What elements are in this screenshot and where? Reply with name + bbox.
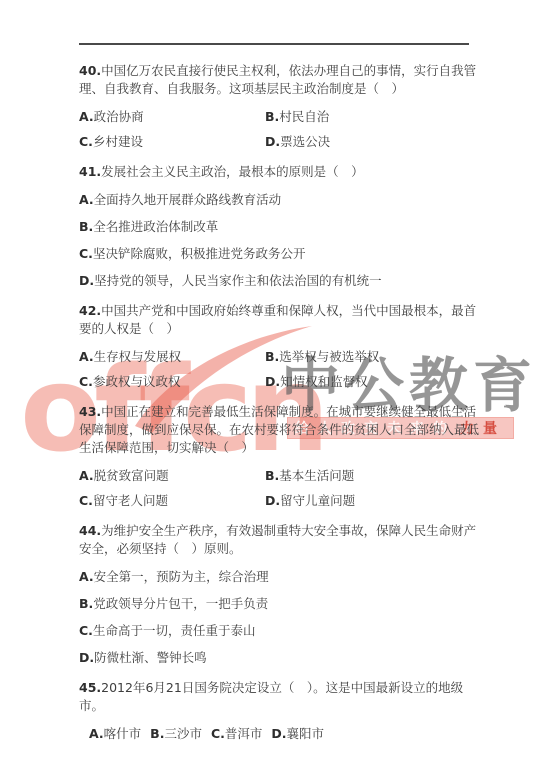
option-text: 党政领导分片包干，一把手负责 xyxy=(93,596,268,611)
question-stem: 40.中国亿万农民直接行使民主权利，依法办理自己的事情，实行自我管理、自我教育、… xyxy=(79,62,485,98)
option-b: B.选举权与被选举权 xyxy=(265,348,485,366)
option-label: B. xyxy=(265,109,279,124)
option-text: 知情权和监督权 xyxy=(280,374,368,389)
option-label: D. xyxy=(79,650,94,665)
question-stem: 41.发展社会主义民主政治，最根本的原则是（ ） xyxy=(79,163,485,181)
question-42: 42.中国共产党和中国政府始终尊重和保障人权，当代中国最根本，最首要的人权是（ … xyxy=(79,302,485,391)
option-label: B. xyxy=(265,349,279,364)
question-text: 中国亿万农民直接行使民主权利，依法办理自己的事情，实行自我管理、自我教育、自我服… xyxy=(79,63,476,96)
option-text: 全名推进政治体制改革 xyxy=(93,219,218,234)
question-text: 发展社会主义民主政治，最根本的原则是（ ） xyxy=(101,164,364,179)
question-text: 2012年6月21日国务院决定设立（ ）。这是中国最新设立的地级市。 xyxy=(79,680,463,713)
question-text: 中国共产党和中国政府始终尊重和保障人权，当代中国最根本，最首要的人权是（ ） xyxy=(79,303,476,336)
option-label: A. xyxy=(79,468,94,483)
option-label: C. xyxy=(79,623,93,638)
question-45: 45.2012年6月21日国务院决定设立（ ）。这是中国最新设立的地级市。 A.… xyxy=(79,679,485,743)
option-label: B. xyxy=(79,219,93,234)
option-text: 基本生活问题 xyxy=(279,468,354,483)
option-label: B. xyxy=(265,468,279,483)
options: A.喀什市 B.三沙市 C.普洱市 D.襄阳市 xyxy=(79,725,485,743)
question-stem: 45.2012年6月21日国务院决定设立（ ）。这是中国最新设立的地级市。 xyxy=(79,679,485,715)
option-b: B.全名推进政治体制改革 xyxy=(79,218,485,236)
question-number: 40. xyxy=(79,63,101,78)
question-stem: 42.中国共产党和中国政府始终尊重和保障人权，当代中国最根本，最首要的人权是（ … xyxy=(79,302,485,338)
question-44: 44.为维护安全生产秩序，有效遏制重特大安全事故，保障人民生命财产安全，必须坚持… xyxy=(79,522,485,667)
option-text: 襄阳市 xyxy=(287,726,325,741)
options: A.政治协商 B.村民自治 C.乡村建设 D.票选公决 xyxy=(79,108,485,151)
question-stem: 43.中国正在建立和完善最低生活保障制度。在城市要继续健全最低生活保障制度，做到… xyxy=(79,403,485,457)
question-number: 44. xyxy=(79,523,101,538)
option-text: 乡村建设 xyxy=(93,134,143,149)
question-number: 41. xyxy=(79,164,101,179)
option-d: D.票选公决 xyxy=(265,133,485,151)
question-text: 为维护安全生产秩序，有效遏制重特大安全事故，保障人民生命财产安全，必须坚持（ ）… xyxy=(79,523,476,556)
option-label: A. xyxy=(89,726,104,741)
question-text: 中国正在建立和完善最低生活保障制度。在城市要继续健全最低生活保障制度，做到应保尽… xyxy=(79,404,479,455)
option-text: 选举权与被选举权 xyxy=(279,349,379,364)
exam-page: offcn 中公教育 给人改变未来的 力量 40.中国亿万农民直接行使民主权利，… xyxy=(0,0,554,783)
option-text: 普洱市 xyxy=(225,726,263,741)
option-b: B.基本生活问题 xyxy=(265,467,485,485)
option-label: C. xyxy=(79,374,93,389)
option-c: C.参政权与议政权 xyxy=(79,373,265,391)
option-c: C.坚决铲除腐败，积极推进党务政务公开 xyxy=(79,245,485,263)
option-text: 留守老人问题 xyxy=(93,493,168,508)
options: A.全面持久地开展群众路线教育活动 B.全名推进政治体制改革 C.坚决铲除腐败，… xyxy=(79,191,485,290)
option-text: 参政权与议政权 xyxy=(93,374,181,389)
header-separator-line xyxy=(79,43,469,45)
option-d: D.防微杜渐、警钟长鸣 xyxy=(79,649,485,667)
option-label: A. xyxy=(79,569,94,584)
option-d: D.留守儿童问题 xyxy=(265,492,485,510)
option-text: 防微杜渐、警钟长鸣 xyxy=(94,650,207,665)
option-text: 政治协商 xyxy=(94,109,144,124)
option-d: D.坚持党的领导，人民当家作主和依法治国的有机统一 xyxy=(79,272,485,290)
question-41: 41.发展社会主义民主政治，最根本的原则是（ ） A.全面持久地开展群众路线教育… xyxy=(79,163,485,290)
option-text: 留守儿童问题 xyxy=(280,493,355,508)
option-text: 三沙市 xyxy=(164,726,202,741)
option-c: C.普洱市 xyxy=(211,725,262,743)
option-b: B.党政领导分片包干，一把手负责 xyxy=(79,595,485,613)
option-text: 票选公决 xyxy=(280,134,330,149)
option-text: 喀什市 xyxy=(104,726,142,741)
options: A.脱贫致富问题 B.基本生活问题 C.留守老人问题 D.留守儿童问题 xyxy=(79,467,485,510)
option-label: B. xyxy=(79,596,93,611)
option-d: D.襄阳市 xyxy=(271,725,324,743)
option-a: A.喀什市 xyxy=(89,725,141,743)
option-label: D. xyxy=(265,134,280,149)
option-d: D.知情权和监督权 xyxy=(265,373,485,391)
option-text: 坚决铲除腐败，积极推进党务政务公开 xyxy=(93,246,306,261)
options: A.安全第一，预防为主，综合治理 B.党政领导分片包干，一把手负责 C.生命高于… xyxy=(79,568,485,667)
question-stem: 44.为维护安全生产秩序，有效遏制重特大安全事故，保障人民生命财产安全，必须坚持… xyxy=(79,522,485,558)
question-number: 45. xyxy=(79,680,101,695)
option-a: A.生存权与发展权 xyxy=(79,348,265,366)
option-a: A.政治协商 xyxy=(79,108,265,126)
option-text: 生存权与发展权 xyxy=(94,349,182,364)
option-label: B. xyxy=(150,726,164,741)
option-text: 脱贫致富问题 xyxy=(94,468,169,483)
option-label: D. xyxy=(265,374,280,389)
option-label: C. xyxy=(211,726,225,741)
question-43: 43.中国正在建立和完善最低生活保障制度。在城市要继续健全最低生活保障制度，做到… xyxy=(79,403,485,510)
question-number: 43. xyxy=(79,404,101,419)
option-label: D. xyxy=(79,273,94,288)
option-label: C. xyxy=(79,246,93,261)
option-label: A. xyxy=(79,192,94,207)
option-text: 坚持党的领导，人民当家作主和依法治国的有机统一 xyxy=(94,273,382,288)
option-c: C.乡村建设 xyxy=(79,133,265,151)
question-number: 42. xyxy=(79,303,101,318)
option-text: 安全第一，预防为主，综合治理 xyxy=(94,569,269,584)
option-b: B.三沙市 xyxy=(150,725,202,743)
option-c: C.生命高于一切，责任重于泰山 xyxy=(79,622,485,640)
option-label: D. xyxy=(265,493,280,508)
option-a: A.安全第一，预防为主，综合治理 xyxy=(79,568,485,586)
option-b: B.村民自治 xyxy=(265,108,485,126)
option-label: C. xyxy=(79,493,93,508)
options: A.生存权与发展权 B.选举权与被选举权 C.参政权与议政权 D.知情权和监督权 xyxy=(79,348,485,391)
option-a: A.脱贫致富问题 xyxy=(79,467,265,485)
question-40: 40.中国亿万农民直接行使民主权利，依法办理自己的事情，实行自我管理、自我教育、… xyxy=(79,62,485,151)
questions-list: 40.中国亿万农民直接行使民主权利，依法办理自己的事情，实行自我管理、自我教育、… xyxy=(79,62,485,755)
option-label: C. xyxy=(79,134,93,149)
option-c: C.留守老人问题 xyxy=(79,492,265,510)
option-text: 全面持久地开展群众路线教育活动 xyxy=(94,192,282,207)
option-a: A.全面持久地开展群众路线教育活动 xyxy=(79,191,485,209)
option-text: 生命高于一切，责任重于泰山 xyxy=(93,623,256,638)
option-label: A. xyxy=(79,109,94,124)
option-label: A. xyxy=(79,349,94,364)
option-label: D. xyxy=(271,726,286,741)
option-text: 村民自治 xyxy=(279,109,329,124)
